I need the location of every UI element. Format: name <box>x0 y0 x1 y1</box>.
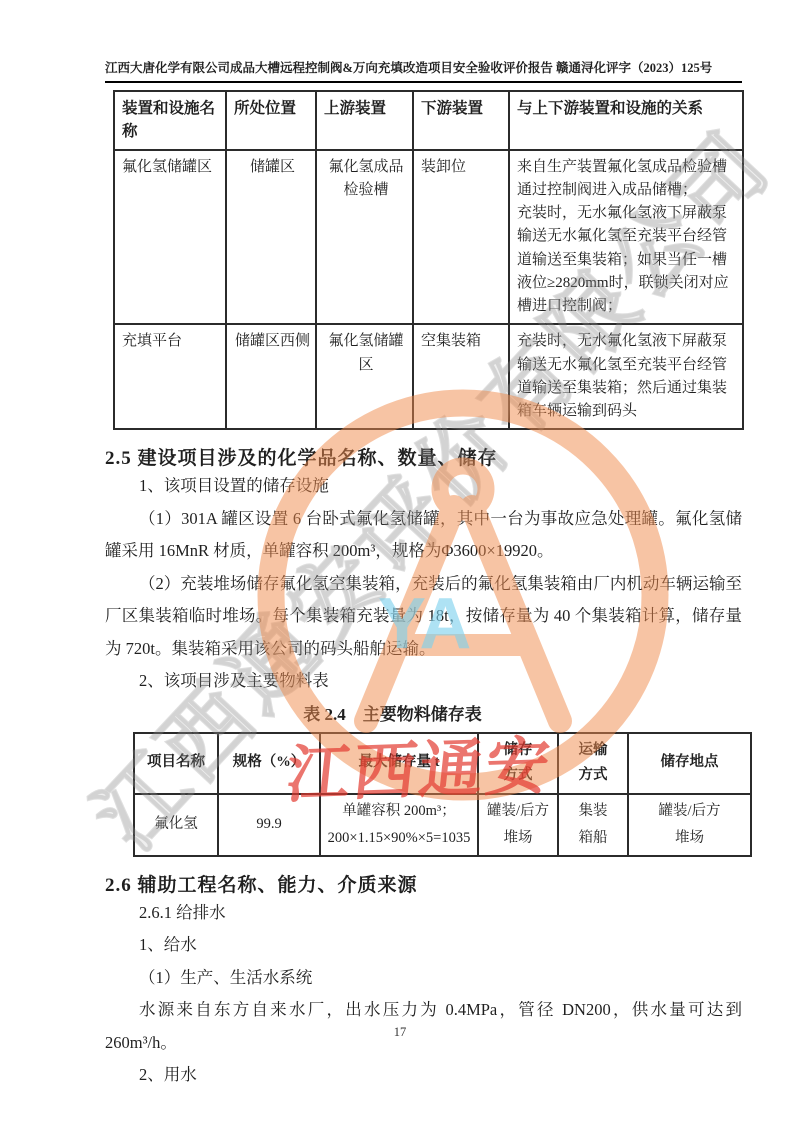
materials-table: 项目名称 规格（%） 最大储存量 t 储存 方式 运输 方式 储存地点 氟化氢 … <box>133 732 752 857</box>
equipment-table-row: 氟化氢储罐区 储罐区 氟化氢成品 检验槽 装卸位 来自生产装置氟化氢成品检验槽通… <box>114 150 743 325</box>
equipment-cell: 充填平台 <box>114 324 226 429</box>
equipment-cell: 氟化氢储罐区 <box>114 150 226 325</box>
materials-cell: 单罐容积 200m³； 200×1.15×90%×5=1035 <box>320 794 478 856</box>
equipment-header-cell: 下游装置 <box>413 91 509 150</box>
document-page: 江西通安评价有限公司 YA 江西通安 江西大唐化学有限公司成品大槽远程控制阀&万… <box>0 0 800 1131</box>
materials-cell: 集装 箱船 <box>558 794 628 856</box>
equipment-header-cell: 装置和设施名 称 <box>114 91 226 150</box>
equipment-cell: 来自生产装置氟化氢成品检验槽通过控制阀进入成品储槽； 充装时，无水氟化氢液下屏蔽… <box>509 150 743 325</box>
materials-table-header-row: 项目名称 规格（%） 最大储存量 t 储存 方式 运输 方式 储存地点 <box>134 733 751 794</box>
materials-header-cell: 项目名称 <box>134 733 218 794</box>
paragraph-filling-yard: （2）充装堆场储存氟化氢空集装箱，充装后的氟化氢集装箱由厂内机动车辆运输至厂区集… <box>105 568 742 666</box>
equipment-table: 装置和设施名 称 所处位置 上游装置 下游装置 与上下游装置和设施的关系 氟化氢… <box>113 90 744 430</box>
paragraph-storage-facilities: 1、该项目设置的储存设施 <box>105 470 742 503</box>
materials-cell: 罐装/后方 堆场 <box>628 794 751 856</box>
paragraph-water-usage: 2、用水 <box>105 1059 742 1092</box>
paragraph-water-system: （1）生产、生活水系统 <box>105 962 742 995</box>
equipment-header-cell: 与上下游装置和设施的关系 <box>509 91 743 150</box>
equipment-cell: 充装时，无水氟化氢液下屏蔽泵输送无水氟化氢至充装平台经管道输送至集装箱；然后通过… <box>509 324 743 429</box>
paragraph-materials-list-intro: 2、该项目涉及主要物料表 <box>105 665 742 698</box>
materials-header-cell: 储存 方式 <box>478 733 558 794</box>
page-number: 17 <box>0 1025 800 1040</box>
materials-header-cell: 运输 方式 <box>558 733 628 794</box>
materials-header-cell: 储存地点 <box>628 733 751 794</box>
materials-table-caption: 表 2.4 主要物料储存表 <box>105 700 680 730</box>
paragraph-tank-area: （1）301A 罐区设置 6 台卧式氟化氢储罐，其中一台为事故应急处理罐。氟化氢… <box>105 503 742 568</box>
equipment-cell: 氟化氢成品 检验槽 <box>316 150 413 325</box>
materials-header-cell: 规格（%） <box>218 733 320 794</box>
materials-cell: 氟化氢 <box>134 794 218 856</box>
section-2-5-heading: 2.5 建设项目涉及的化学品名称、数量、储存 <box>105 443 742 470</box>
equipment-cell: 空集装箱 <box>413 324 509 429</box>
equipment-cell: 装卸位 <box>413 150 509 325</box>
paragraph-water-drainage: 2.6.1 给排水 <box>105 897 742 930</box>
materials-table-row: 氟化氢 99.9 单罐容积 200m³； 200×1.15×90%×5=1035… <box>134 794 751 856</box>
section-2-6-heading: 2.6 辅助工程名称、能力、介质来源 <box>105 870 742 897</box>
equipment-table-header-row: 装置和设施名 称 所处位置 上游装置 下游装置 与上下游装置和设施的关系 <box>114 91 743 150</box>
paragraph-water-supply: 1、给水 <box>105 929 742 962</box>
equipment-cell: 储罐区 <box>226 150 316 325</box>
equipment-cell: 氟化氢储罐区 <box>316 324 413 429</box>
materials-cell: 99.9 <box>218 794 320 856</box>
document-content: 江西大唐化学有限公司成品大槽远程控制阀&万向充填改造项目安全验收评价报告 赣通浔… <box>0 0 800 1092</box>
materials-header-cell: 最大储存量 t <box>320 733 478 794</box>
equipment-cell: 储罐区西侧 <box>226 324 316 429</box>
equipment-header-cell: 上游装置 <box>316 91 413 150</box>
equipment-header-cell: 所处位置 <box>226 91 316 150</box>
materials-cell: 罐装/后方 堆场 <box>478 794 558 856</box>
document-header: 江西大唐化学有限公司成品大槽远程控制阀&万向充填改造项目安全验收评价报告 赣通浔… <box>105 58 742 83</box>
equipment-table-row: 充填平台 储罐区西侧 氟化氢储罐区 空集装箱 充装时，无水氟化氢液下屏蔽泵输送无… <box>114 324 743 429</box>
